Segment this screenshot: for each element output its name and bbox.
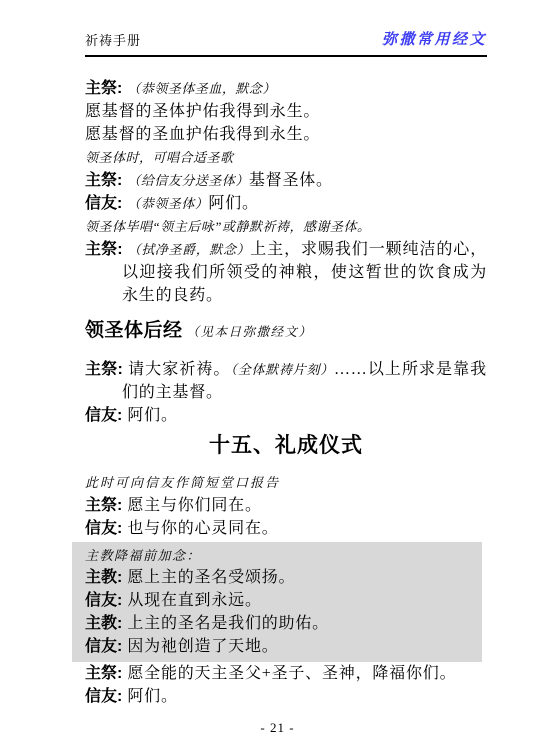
speaker-label: 主祭:: [85, 361, 123, 378]
subsection-note: （见本日弥撒经文）: [187, 325, 313, 339]
page-number: - 21 -: [0, 720, 555, 736]
dialogue-text: 基督圣体。: [249, 172, 333, 189]
document-page: 祈祷手册 弥撒常用经文 主祭:（恭领圣体圣血，默念）愿基督的圣体护佑我得到永生。…: [0, 0, 555, 752]
dialogue-text: 阿们。: [127, 688, 177, 705]
dialogue-text: 愿全能的天主圣父+圣子、圣神，降福你们。: [127, 665, 456, 682]
dialogue-text: 上主的圣名是我们的助佑。: [127, 615, 329, 632]
dialogue-line: 主祭:愿全能的天主圣父+圣子、圣神，降福你们。: [85, 662, 487, 685]
dialogue-line: 信友:阿们。: [85, 404, 487, 427]
dialogue-line: 主教:愿上主的圣名受颂扬。: [85, 566, 480, 589]
header-left-title: 祈祷手册: [85, 30, 141, 49]
dialogue-text: 愿主与你们同在。: [127, 497, 261, 514]
dialogue-line: 信友:从现在直到永远。: [85, 589, 480, 612]
dialogue-line: 主祭:请大家祈祷。（全体默祷片刻）……以上所求是靠我们的主基督。: [85, 358, 487, 404]
speaker-label: 信友:: [85, 592, 122, 609]
stage-direction: （恭领圣体）: [127, 196, 208, 211]
dialogue-text: 因为祂创造了天地。: [127, 638, 278, 655]
stage-direction: （给信友分送圣体）: [127, 173, 249, 188]
section-heading: 十五、礼成仪式: [85, 431, 487, 461]
dialogue-line: 主祭:（拭净圣爵，默念）上主，求赐我们一颗纯洁的心，以迎接我们所领受的神粮，使这…: [85, 238, 487, 307]
page-header: 祈祷手册 弥撒常用经文: [85, 28, 487, 57]
dialogue-line: 领圣体时，可唱合适圣歌: [85, 146, 487, 169]
dialogue-text: 阿们。: [127, 407, 177, 424]
stage-direction: （拭净圣爵，默念）: [128, 242, 251, 257]
speaker-label: 信友:: [85, 520, 122, 537]
stage-direction: （全体默祷片刻）: [230, 362, 334, 377]
dialogue-line: 愿基督的圣血护佑我得到永生。: [85, 123, 487, 146]
bishop-blessing-box: 主教降福前加念：主教:愿上主的圣名受颂扬。信友:从现在直到永远。主教:上主的圣名…: [72, 542, 482, 662]
speaker-label: 主教:: [85, 569, 122, 586]
dialogue-text: 愿上主的圣名受颂扬。: [127, 569, 295, 586]
speaker-label: 信友:: [85, 407, 122, 424]
dialogue-text: 愿基督的圣体护佑我得到永生。: [85, 103, 320, 120]
dialogue-text: 从现在直到永远。: [127, 592, 261, 609]
speaker-label: 信友:: [85, 688, 122, 705]
speaker-label: 主祭:: [85, 497, 122, 514]
speaker-label: 主祭:: [85, 172, 122, 189]
stage-direction: 领圣体毕唱“领主后咏”或静默祈祷，感谢圣体。: [85, 219, 370, 234]
subsection-heading: 领圣体后经（见本日弥撒经文）: [85, 317, 487, 346]
speaker-label: 信友:: [85, 638, 122, 655]
rubric-note: 此时可向信友作简短堂口报告: [85, 471, 487, 494]
stage-direction: （恭领圣体圣血，默念）: [127, 81, 276, 96]
dialogue-text: 阿们。: [208, 195, 258, 212]
subsection-title: 领圣体后经: [85, 320, 183, 341]
dialogue-line: 领圣体毕唱“领主后咏”或静默祈祷，感谢圣体。: [85, 215, 487, 238]
stage-direction: 领圣体时，可唱合适圣歌: [85, 150, 234, 165]
dialogue-text: 愿基督的圣血护佑我得到永生。: [85, 126, 320, 143]
dialogue-text: 也与你的心灵同在。: [127, 520, 278, 537]
speaker-label: 主教:: [85, 615, 122, 632]
dialogue-line: 主教:上主的圣名是我们的助佑。: [85, 612, 480, 635]
rubric-note: 主教降福前加念：: [85, 545, 480, 566]
speaker-label: 信友:: [85, 195, 122, 212]
dialogue-line: 主祭:（恭领圣体圣血，默念）: [85, 77, 487, 100]
header-right-title: 弥撒常用经文: [382, 28, 487, 49]
speaker-label: 主祭:: [85, 665, 122, 682]
dialogue-line: 主祭:愿主与你们同在。: [85, 494, 487, 517]
dialogue-text: 请大家祈祷。: [128, 361, 231, 378]
dialogue-line: 愿基督的圣体护佑我得到永生。: [85, 100, 487, 123]
dialogue-line: 主祭:（给信友分送圣体）基督圣体。: [85, 169, 487, 192]
speaker-label: 主祭:: [85, 241, 123, 258]
dialogue-line: 信友:阿们。: [85, 685, 487, 708]
speaker-label: 主祭:: [85, 80, 122, 97]
dialogue-line: 信友:也与你的心灵同在。: [85, 517, 487, 540]
dialogue-line: 信友:因为祂创造了天地。: [85, 635, 480, 658]
content: 主祭:（恭领圣体圣血，默念）愿基督的圣体护佑我得到永生。愿基督的圣血护佑我得到永…: [85, 77, 487, 708]
dialogue-line: 信友:（恭领圣体）阿们。: [85, 192, 487, 215]
